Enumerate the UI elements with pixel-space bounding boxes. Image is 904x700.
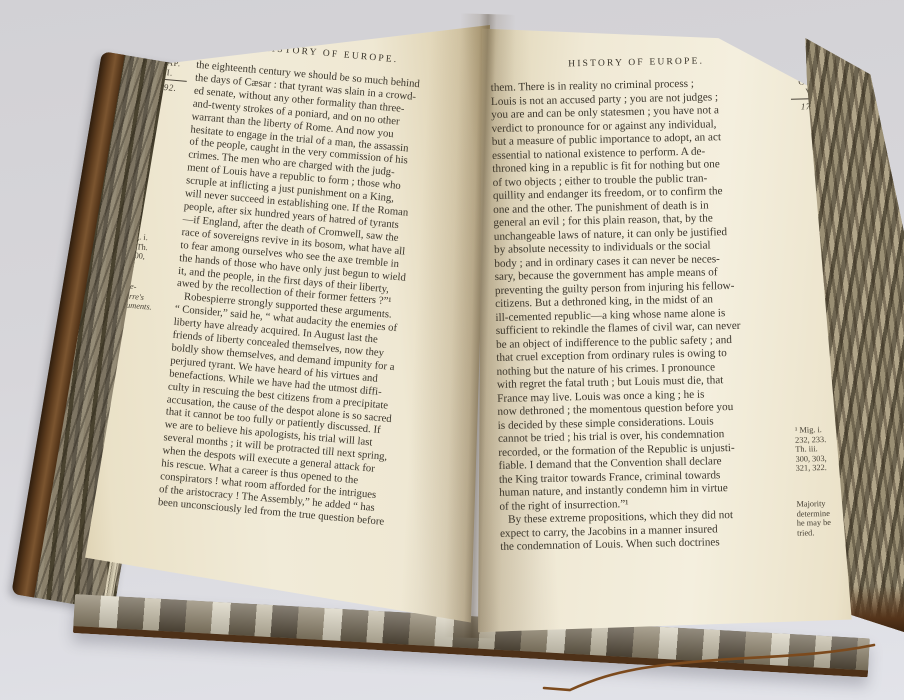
body-text-right: them. There is in reality no criminal pr… (491, 76, 793, 555)
body-text-left: the eighteenth century we should be so m… (157, 59, 461, 532)
page-right-header: HISTORY OF EUROPE. 485 (490, 49, 846, 82)
running-header-right: HISTORY OF EUROPE. (490, 55, 782, 71)
page-number-left: 484 (120, 28, 140, 42)
page-number-right: 485 (764, 52, 784, 64)
page-right-printed-area: HISTORY OF EUROPE. 485 them. There is in… (490, 49, 856, 555)
photo-scene: 484 HISTORY OF EUROPE. CHAP. VI. 1792. ¹… (0, 0, 904, 700)
